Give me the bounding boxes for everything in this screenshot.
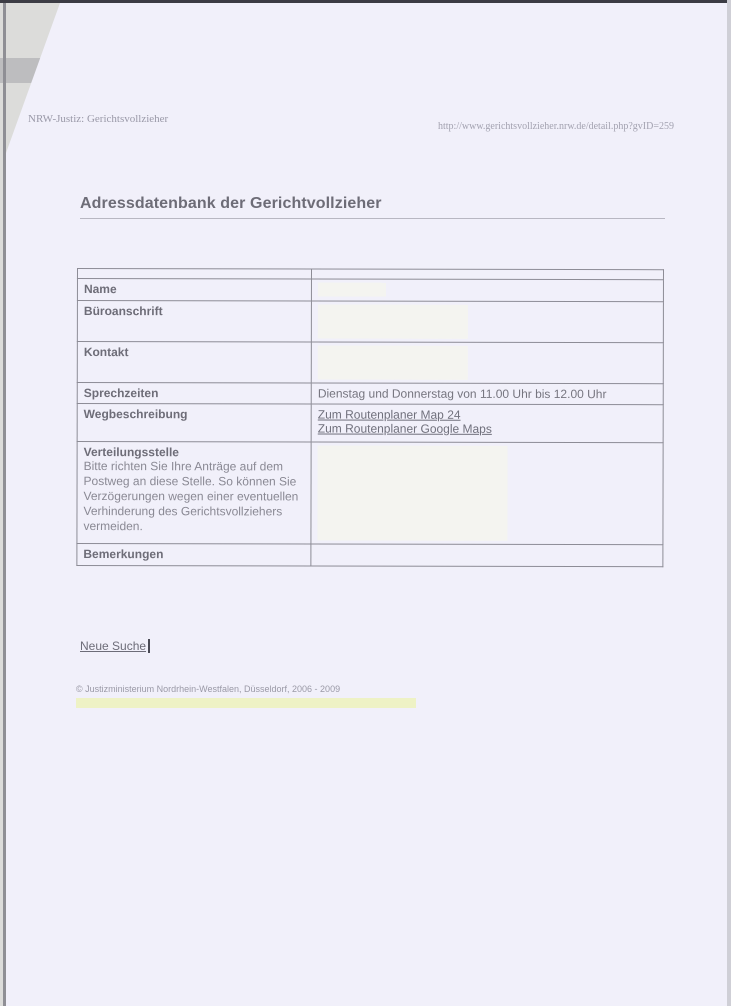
- page-title: Adressdatenbank der Gerichtvollzieher: [80, 195, 382, 213]
- table-row-wegbeschreibung: Wegbeschreibung Zum Routenplaner Map 24 …: [77, 404, 663, 443]
- row-label: Büroanschrift: [84, 304, 163, 318]
- table-row-verteilungsstelle: Verteilungsstelle Bitte richten Sie Ihre…: [77, 442, 663, 545]
- map24-route-link[interactable]: Zum Routenplaner Map 24: [318, 408, 657, 423]
- table-row-bueroanschrift: Büroanschrift: [77, 301, 663, 343]
- print-header-title: NRW-Justiz: Gerichtsvollzieher: [28, 113, 168, 125]
- sheet-edge: [3, 3, 6, 1006]
- value-cell: [311, 301, 663, 343]
- value-cell: [312, 279, 664, 302]
- copyright-notice: © Justizministerium Nordrhein-Westfalen,…: [76, 684, 340, 694]
- google-maps-route-link[interactable]: Zum Routenplaner Google Maps: [318, 422, 657, 437]
- redacted-value: [318, 446, 508, 541]
- label-cell: Name: [77, 279, 311, 301]
- label-cell: Verteilungsstelle Bitte richten Sie Ihre…: [77, 442, 311, 544]
- label-cell: Wegbeschreibung: [77, 404, 311, 442]
- table-row-sprechzeiten: Sprechzeiten Dienstag und Donnerstag von…: [77, 383, 663, 405]
- label-cell: Bemerkungen: [77, 544, 311, 566]
- label-cell: Sprechzeiten: [77, 383, 311, 404]
- header-cell: [77, 269, 311, 279]
- scan-right-edge: [727, 0, 731, 1006]
- label-cell: Kontakt: [77, 342, 311, 383]
- label-cell: Büroanschrift: [77, 301, 311, 342]
- row-description: Bitte richten Sie Ihre Anträge auf dem P…: [83, 459, 304, 534]
- value-cell: Zum Routenplaner Map 24 Zum Routenplaner…: [311, 404, 663, 443]
- table-row-kontakt: Kontakt: [77, 342, 663, 384]
- row-label: Sprechzeiten: [84, 386, 159, 400]
- row-label: Bemerkungen: [83, 547, 163, 561]
- print-header-url: http://www.gerichtsvollzieher.nrw.de/det…: [438, 121, 674, 132]
- redacted-value: [318, 305, 468, 339]
- row-label: Kontakt: [84, 345, 129, 359]
- row-label: Verteilungsstelle: [84, 445, 305, 459]
- redacted-value: [318, 346, 468, 380]
- scan-top-edge: [0, 0, 731, 3]
- table-row-name: Name: [77, 279, 663, 302]
- value-cell: Dienstag und Donnerstag von 11.00 Uhr bi…: [311, 383, 663, 405]
- row-label: Name: [84, 282, 117, 296]
- title-divider: [80, 218, 665, 219]
- address-table: Name Büroanschrift Kontakt Sprechzeiten …: [76, 268, 664, 567]
- table-row-bemerkungen: Bemerkungen: [77, 544, 663, 567]
- new-search-link[interactable]: Neue Suche: [80, 639, 150, 653]
- value-cell: [311, 442, 663, 545]
- value-cell: [311, 342, 663, 384]
- redacted-value: [318, 283, 386, 297]
- row-label: Wegbeschreibung: [84, 407, 188, 421]
- highlighter-mark: [76, 698, 416, 708]
- office-hours: Dienstag und Donnerstag von 11.00 Uhr bi…: [318, 387, 607, 402]
- value-cell: [311, 544, 663, 567]
